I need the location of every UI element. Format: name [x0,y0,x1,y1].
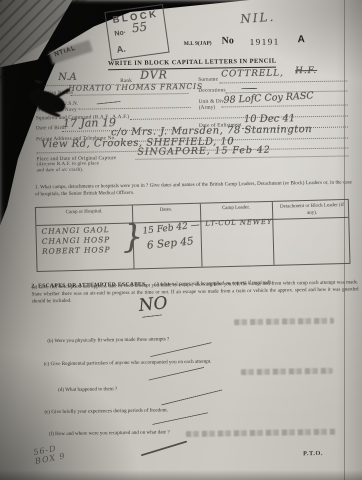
capture-label-3: and date of a/c crash). [37,167,84,173]
ship-none-dash [97,101,121,104]
stamp-no-label: No· [114,29,127,38]
pencil-note: 56-D BOX 9 [33,442,67,466]
capture-value: SINGAPORE, 15 Feb 42 [137,146,270,158]
scanned-pow-questionnaire-photo: NTIAL BLOCK No· 55 A. NIL. M.I. 9(JAP) N… [0,0,362,480]
unit-label-2: (Army) [199,105,216,111]
camps-brace: } [122,220,143,253]
answer-dash-b [150,342,212,357]
serial-number: 19191 [250,37,280,47]
no-field-label: No. [35,79,43,85]
unit-value: 98 LofC Coy RASC [223,91,313,105]
nil-annotation: NIL. [240,11,276,25]
question-2c-text: (c) Give Regimental particulars of anyon… [44,357,324,369]
serial-no-label: No [222,35,234,46]
surname-value: COTTRELL, [221,69,284,79]
table-header-camp: Camp or Hospital. [36,209,132,218]
stamp-block-letter: A. [116,44,126,55]
dob-value: 17 Jan 19 [63,117,116,129]
dates-entry-2: 6 Sep 45 [146,236,194,251]
table-header-detachment: Detachment or Block Leader (if any). [274,203,350,218]
ink-bleed-band-2 [241,368,333,375]
surname-line [219,80,347,83]
camp-entry-2: CHANGI HOSP [42,236,111,245]
no-field-value: N.A [58,73,77,83]
question-2b-text: (b) Were you physically fit when you mad… [47,334,307,345]
question-1-text: 1. What camps, detachments or hospitals … [35,179,352,198]
form-reference: M.I. 9(JAP) [184,41,212,47]
squadron-line [130,115,348,119]
pto-label: P.T.O. [303,450,323,457]
answer-dash-f [141,440,188,456]
camps-table: Camp or Hospital. Dates. Camp Leader. De… [35,199,351,272]
christian-names-value: HORATIO THOMAS FRANCIS [68,83,203,93]
question-2e-text: (e) Give briefly your experiences during… [44,406,284,417]
camp-entry-3: ROBERT HOSP [42,246,111,255]
ship-line [79,107,191,110]
question-2d-text: (d) What happened to them ? [58,384,258,394]
question-2a-text: (a) Give full description and approx. da… [31,279,358,306]
decorations-none-dash [241,88,257,89]
answer-dash-c [148,367,204,381]
christian-line [70,93,188,96]
answer-no: NO [138,295,168,315]
form-content: BLOCK No· 55 A. NIL. M.I. 9(JAP) No 1919… [0,0,362,480]
decorations-label: Decorations [198,87,225,93]
camp-leader-value: LT-COL NEWEY [205,219,272,228]
rank-value: DVR [140,69,168,80]
page-edge-crease [344,0,345,480]
ink-bleed-band-1 [234,318,334,326]
block-number-stamp: BLOCK No· 55 A. [104,4,169,61]
camp-entry-1: CHANGI GAOL [41,226,109,235]
surname-struck-initials: H.F. [295,67,317,76]
table-header-leader: Camp Leader. [200,205,272,213]
table-header-dates: Dates. [132,207,200,215]
stamp-block-number: 55 [131,20,148,34]
serial-suffix: A [298,34,305,45]
ink-bleed-band-3 [186,429,336,437]
instruction-heading: WRITE IN BLOCK CAPITAL LETTERS IN PENCIL [108,58,277,70]
